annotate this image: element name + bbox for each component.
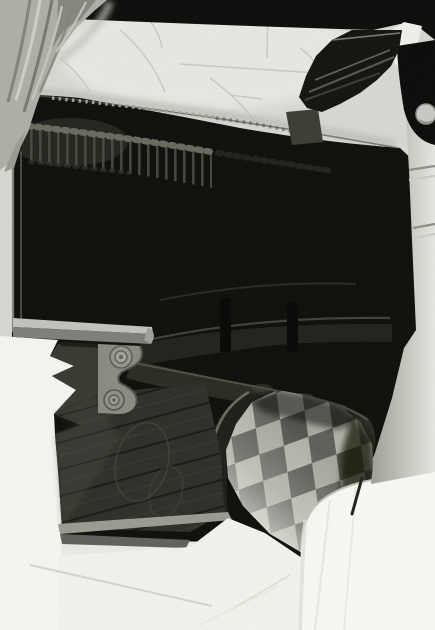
film-grain-overlay xyxy=(0,0,435,630)
photo-canvas: Curved dark wooden choir bench with scro… xyxy=(0,0,435,630)
photograph-choir-bench: Curved dark wooden choir bench with scro… xyxy=(0,0,435,630)
